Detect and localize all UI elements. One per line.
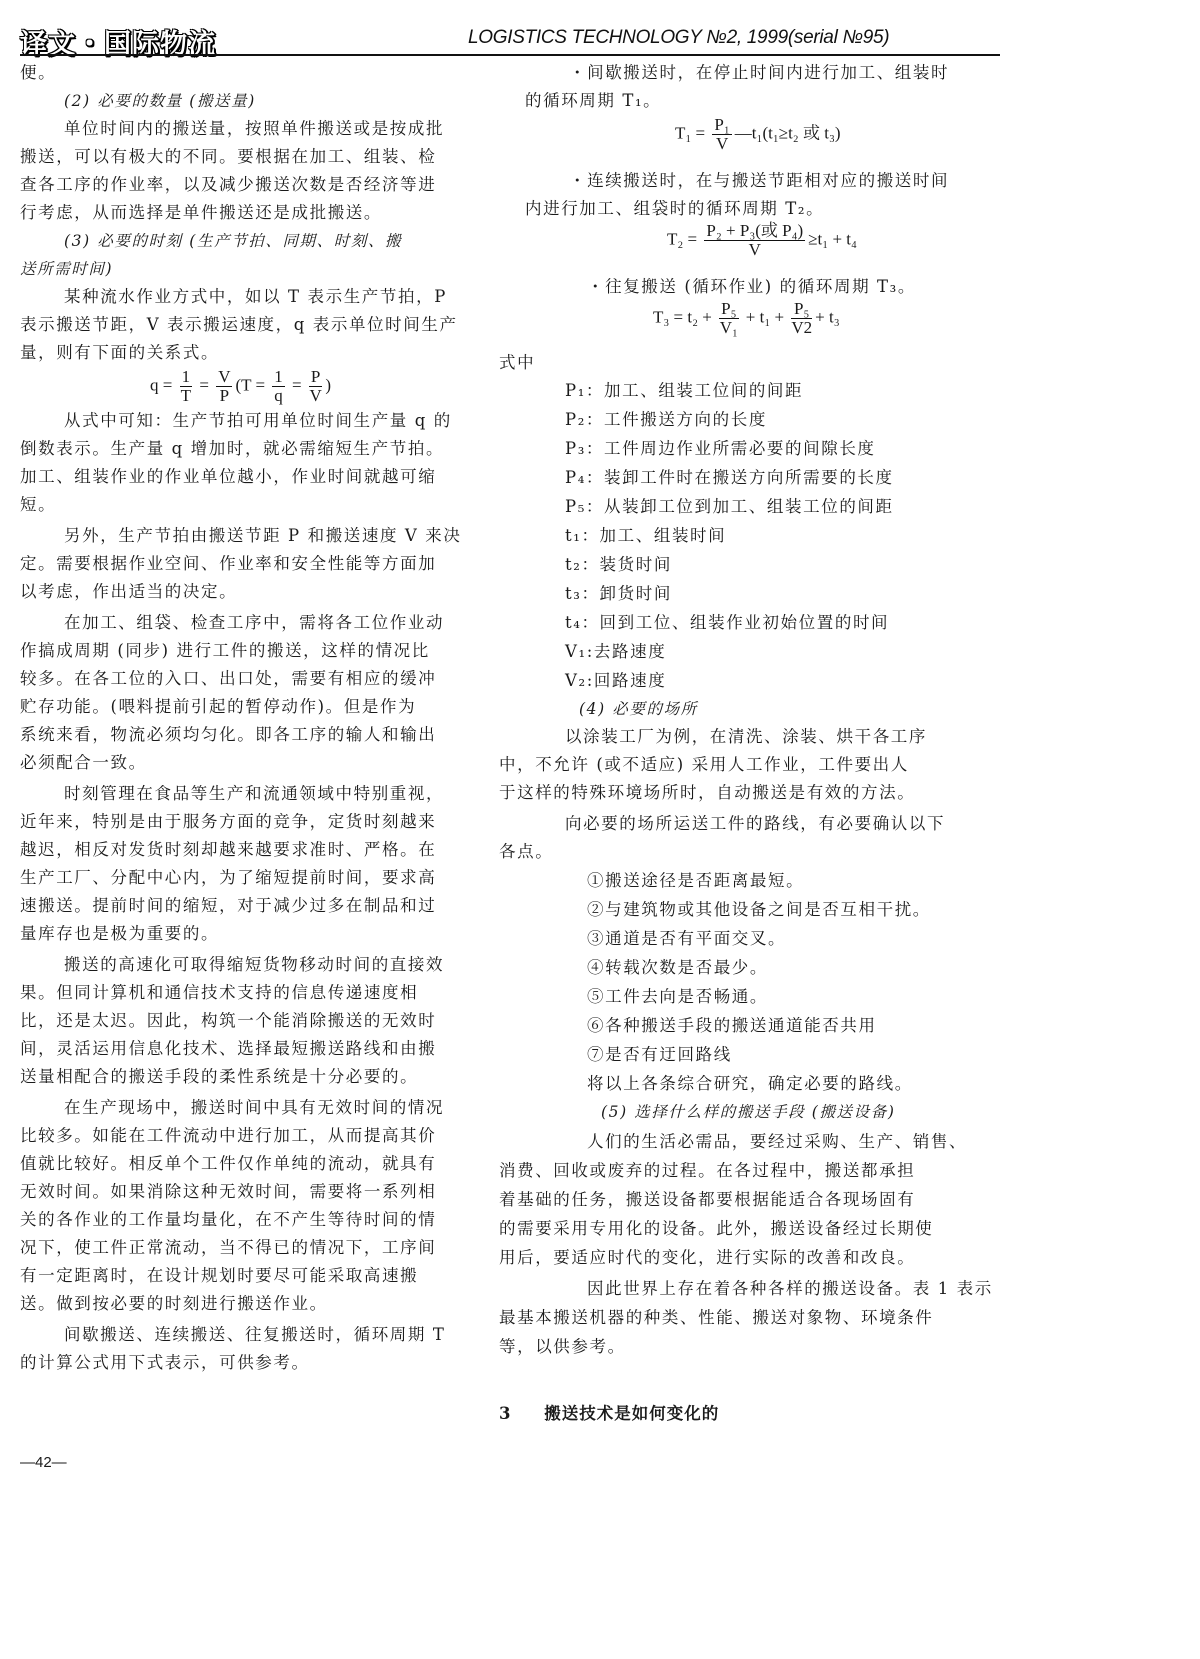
subheading-3: (3) 必要的时刻 (生产节拍、同期、时刻、搬: [20, 230, 402, 252]
definition-item: t₁：加工、组装时间: [525, 525, 726, 547]
text-line: 倒数表示。生产量 q 增加时，就必需缩短生产节拍。: [20, 438, 444, 460]
text-line: 向必要的场所运送工件的路线，有必要确认以下: [525, 813, 945, 835]
text-line: 某种流水作业方式中，如以 T 表示生产节拍，P: [20, 286, 447, 308]
text-line: 人们的生活必需品，要经过采购、生产、销售、: [525, 1131, 967, 1153]
text-line: 贮存功能。(喂料提前引起的暂停动作)。但是作为: [20, 696, 416, 718]
checklist-item: ③通道是否有平面交叉。: [525, 928, 786, 950]
text-line: ・间歇搬送时，在停止时间内进行加工、组装时: [525, 62, 949, 84]
text-line: 时刻管理在食品等生产和流通领域中特别重视，: [20, 783, 444, 805]
text-line: 比较多。如能在工件流动中进行加工，从而提高其价: [20, 1125, 436, 1147]
text-line: 等，以供参考。: [499, 1336, 626, 1358]
text-line: 搬送，可以有极大的不同。要根据在加工、组装、检: [20, 146, 436, 168]
text-line: 有一定距离时，在设计规划时要尽可能采取高速搬: [20, 1265, 418, 1287]
text-line: 速搬送。提前时间的缩短，对于减少过多在制品和过: [20, 895, 436, 917]
text-line: 无效时间。如果消除这种无效时间，需要将一系列相: [20, 1181, 436, 1203]
text-line: 必须配合一致。: [20, 752, 147, 774]
text-line: 内进行加工、组袋时的循环周期 T₂。: [525, 198, 824, 220]
text-line: 的循环周期 T₁。: [525, 90, 661, 112]
text-line: 因此世界上存在着各种各样的搬送设备。表 1 表示: [525, 1278, 993, 1300]
definition-item: t₂：装货时间: [525, 554, 672, 576]
text-line: 最基本搬送机器的种类、性能、搬送对象物、环境条件: [499, 1307, 933, 1329]
text-line: 搬送的高速化可取得缩短货物移动时间的直接效: [20, 954, 444, 976]
text-line: 于这样的特殊环境场所时，自动搬送是有效的方法。: [499, 782, 915, 804]
text-line: 单位时间内的搬送量，按照单件搬送或是按成批: [20, 118, 444, 140]
text-line: 以涂装工厂为例，在清洗、涂装、烘干各工序: [525, 726, 927, 748]
section-number: 3: [499, 1404, 511, 1423]
text-line: 消费、回收或废弃的过程。在各过程中，搬送都承担: [499, 1160, 915, 1182]
definition-item: V₂:回路速度: [525, 670, 666, 692]
text-line: 送。做到按必要的时刻进行搬送作业。: [20, 1293, 328, 1315]
text-line: 系统来看，物流必须均匀化。即各工序的输人和输出: [20, 724, 436, 746]
checklist-item: ①搬送途径是否距离最短。: [525, 870, 804, 892]
text-line: 的计算公式用下式表示，可供参考。: [20, 1352, 310, 1374]
text-line: 将以上各条综合研究，确定必要的路线。: [525, 1073, 913, 1095]
checklist-item: ⑦是否有迂回路线: [525, 1044, 732, 1066]
text-line: 的需要采用专用化的设备。此外，搬送设备经过长期使: [499, 1218, 933, 1240]
text-line: 便。: [20, 62, 56, 84]
definition-item: P₃：工件周边作业所需必要的间隙长度: [525, 438, 876, 460]
text-line: 中，不允许 (或不适应) 采用人工作业，工件要出人: [499, 754, 909, 776]
text-line: 短。: [20, 494, 56, 516]
definition-item: t₃：卸货时间: [525, 583, 672, 605]
checklist-item: ⑤工件去向是否畅通。: [525, 986, 768, 1008]
checklist-item: ⑥各种搬送手段的搬送通道能否共用: [525, 1015, 877, 1037]
text-line: 另外，生产节拍由搬送节距 P 和搬送速度 V 来决: [20, 525, 462, 547]
section-3-heading: 3 搬送技术是如何变化的: [499, 1400, 719, 1424]
text-line: ・连续搬送时，在与搬送节距相对应的搬送时间: [525, 170, 949, 192]
text-line: 式中: [499, 352, 535, 374]
text-line: 比，还是太迟。因此，构筑一个能消除搬送的无效时: [20, 1010, 436, 1032]
text-line: 况下，使工件正常流动，当不得已的情况下，工序间: [20, 1237, 436, 1259]
text-line: 越迟，相反对发货时刻却越来越要求准时、严格。在: [20, 839, 436, 861]
definition-item: P₅：从装卸工位到加工、组装工位的间距: [525, 496, 894, 518]
formula-t3: T₃ = t₂ + P₅V₁ + t₁ + P₅V2+ t₃: [653, 300, 840, 337]
text-line: 加工、组装作业的作业单位越小，作业时间就越可缩: [20, 466, 436, 488]
formula-t2: T₂ = P₂ + P₃(或 P₄)V≥t₁ + t₄: [667, 222, 857, 259]
text-line: 着基础的任务，搬送设备都要根据能适合各现场固有: [499, 1189, 915, 1211]
text-line: 间歇搬送、连续搬送、往复搬送时，循环周期 T: [20, 1324, 445, 1346]
text-line: 果。但同计算机和通信技术支持的信息传递速度相: [20, 982, 418, 1004]
text-line: 在加工、组袋、检查工序中，需将各工位作业动: [20, 612, 444, 634]
page-number: —42—: [20, 1454, 67, 1471]
text-line: ・往复搬送 (循环作业) 的循环周期 T₃。: [525, 276, 916, 298]
subheading-5: (5) 选择什么样的搬送手段 (搬送设备): [601, 1101, 896, 1123]
text-line: 量，则有下面的关系式。: [20, 342, 219, 364]
checklist-item: ②与建筑物或其他设备之间是否互相干扰。: [525, 899, 931, 921]
text-line: 表示搬送节距，V 表示搬运速度，q 表示单位时间生产: [20, 314, 458, 336]
text-line: 查各工序的作业率，以及减少搬送次数是否经济等进: [20, 174, 436, 196]
section-title: 搬送技术是如何变化的: [544, 1404, 719, 1423]
checklist-item: ④转载次数是否最少。: [525, 957, 768, 979]
text-line: 关的各作业的工作量均量化，在不产生等待时间的情: [20, 1209, 436, 1231]
header-rule: [20, 54, 1000, 56]
text-line: 以考虑，作出适当的决定。: [20, 581, 237, 603]
text-line: 近年来，特别是由于服务方面的竞争，定货时刻越来: [20, 811, 436, 833]
definition-item: P₁：加工、组装工位间的间距: [525, 380, 803, 402]
definition-item: P₄：装卸工件时在搬送方向所需要的长度: [525, 467, 894, 489]
text-line: 生产工厂、分配中心内，为了缩短提前时间，要求高: [20, 867, 436, 889]
formula-q: q = 1T = VP(T = 1q = PV): [150, 368, 331, 405]
text-line: 间，灵活运用信息化技术、选择最短搬送路线和由搬: [20, 1038, 436, 1060]
text-line: 各点。: [499, 841, 553, 863]
subheading-4: (4) 必要的场所: [579, 698, 698, 720]
formula-t1: T₁ = P₁V—t₁(t₁≥t₂ 或 t₃): [675, 116, 841, 153]
text-line: 送量相配合的搬送手段的柔性系统是十分必要的。: [20, 1066, 418, 1088]
text-line: 行考虑，从而选择是单件搬送还是成批搬送。: [20, 202, 382, 224]
text-line: 量库存也是极为重要的。: [20, 923, 219, 945]
subheading-3-cont: 送所需时间): [20, 258, 113, 280]
text-line: 在生产现场中，搬送时间中具有无效时间的情况: [20, 1097, 444, 1119]
definition-item: V₁:去路速度: [525, 641, 666, 663]
text-line: 作搞成周期 (同步) 进行工件的搬送，这样的情况比: [20, 640, 430, 662]
text-line: 定。需要根据作业空间、作业率和安全性能等方面加: [20, 553, 436, 575]
text-line: 较多。在各工位的入口、出口处，需要有相应的缓冲: [20, 668, 436, 690]
subheading-2: (2) 必要的数量 (搬送量): [20, 90, 256, 112]
definition-item: P₂：工件搬送方向的长度: [525, 409, 767, 431]
text-line: 用后，要适应时代的变化，进行实际的改善和改良。: [499, 1247, 915, 1269]
text-line: 从式中可知：生产节拍可用单位时间生产量 q 的: [20, 410, 452, 432]
journal-line: LOGISTICS TECHNOLOGY №2, 1999(serial №95…: [468, 27, 889, 49]
definition-item: t₄：回到工位、组装作业初始位置的时间: [525, 612, 889, 634]
text-line: 值就比较好。相反单个工件仅作单纯的流动，就具有: [20, 1153, 436, 1175]
